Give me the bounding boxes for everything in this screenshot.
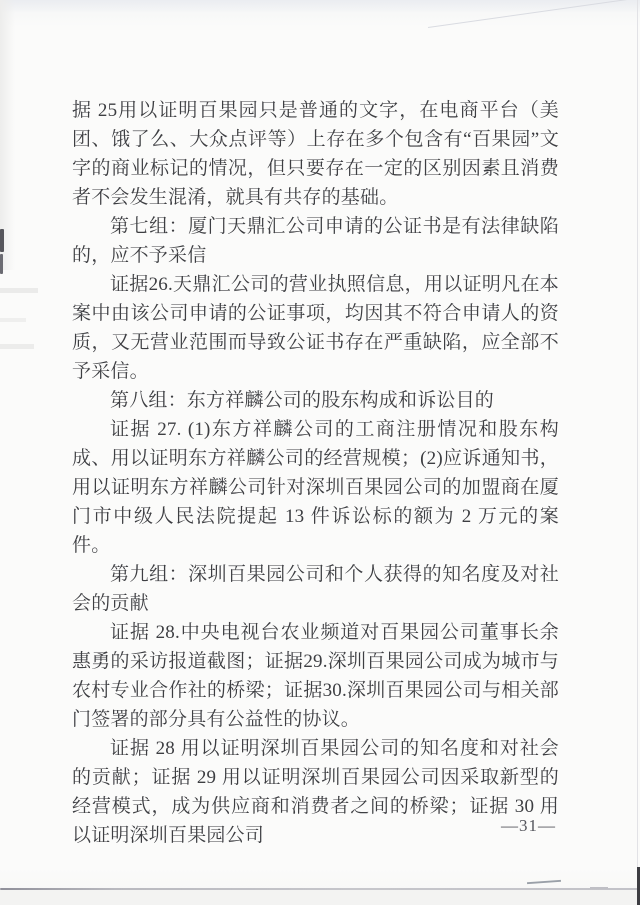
scan-artifact-bottom-margin [0, 890, 640, 905]
scan-artifact-left-mark-2 [0, 254, 3, 274]
scan-artifact-left-edge-shade [0, 0, 15, 270]
scan-artifact-top-right-diagonal [428, 0, 640, 28]
scan-artifact-right-edge-line [637, 0, 638, 905]
scan-artifact-bottom-right-dash-2 [590, 887, 608, 889]
paragraph-evidence-28-29-30: 证据 28.中央电视台农业频道对百果园公司董事长余惠勇的采访报道截图；证据29.… [72, 618, 559, 734]
document-text-block: 据 25用以证明百果园只是普通的文字，在电商平台（美团、饿了么、大众点评等）上存… [72, 96, 559, 850]
paragraph-group-7-heading: 第七组：厦门天鼎汇公司申请的公证书是有法律缺陷的，应不予采信 [72, 212, 559, 270]
paragraph-continuation-evidence-25: 据 25用以证明百果园只是普通的文字，在电商平台（美团、饿了么、大众点评等）上存… [72, 96, 559, 212]
paragraph-group-8-heading: 第八组：东方祥麟公司的股东构成和诉讼目的 [72, 386, 559, 415]
scan-artifact-bottom-shadow-line [0, 888, 640, 890]
page-number: —31— [501, 814, 556, 838]
paragraph-evidence-26: 证据26.天鼎汇公司的营业执照信息，用以证明凡在本案中由该公司申请的公证事项，均… [72, 270, 559, 386]
scan-artifact-smudge-1 [0, 288, 38, 293]
scan-artifact-top-edge-band [0, 0, 640, 13]
scan-artifact-smudge-3 [0, 344, 34, 349]
scan-artifact-bottom-right-dash-1 [527, 880, 561, 884]
paragraph-group-9-heading: 第九组：深圳百果园公司和个人获得的知名度及对社会的贡献 [72, 560, 559, 618]
scan-artifact-smudge-2 [0, 318, 26, 322]
paragraph-evidence-purpose-28-29-30: 证据 28 用以证明深圳百果园公司的知名度和对社会的贡献；证据 29 用以证明深… [72, 734, 559, 850]
paragraph-evidence-27: 证据 27. (1)东方祥麟公司的工商注册情况和股东构成、用以证明东方祥麟公司的… [72, 415, 559, 560]
scan-artifact-left-mark-1 [0, 229, 4, 252]
scanned-page: 据 25用以证明百果园只是普通的文字，在电商平台（美团、饿了么、大众点评等）上存… [0, 0, 640, 905]
